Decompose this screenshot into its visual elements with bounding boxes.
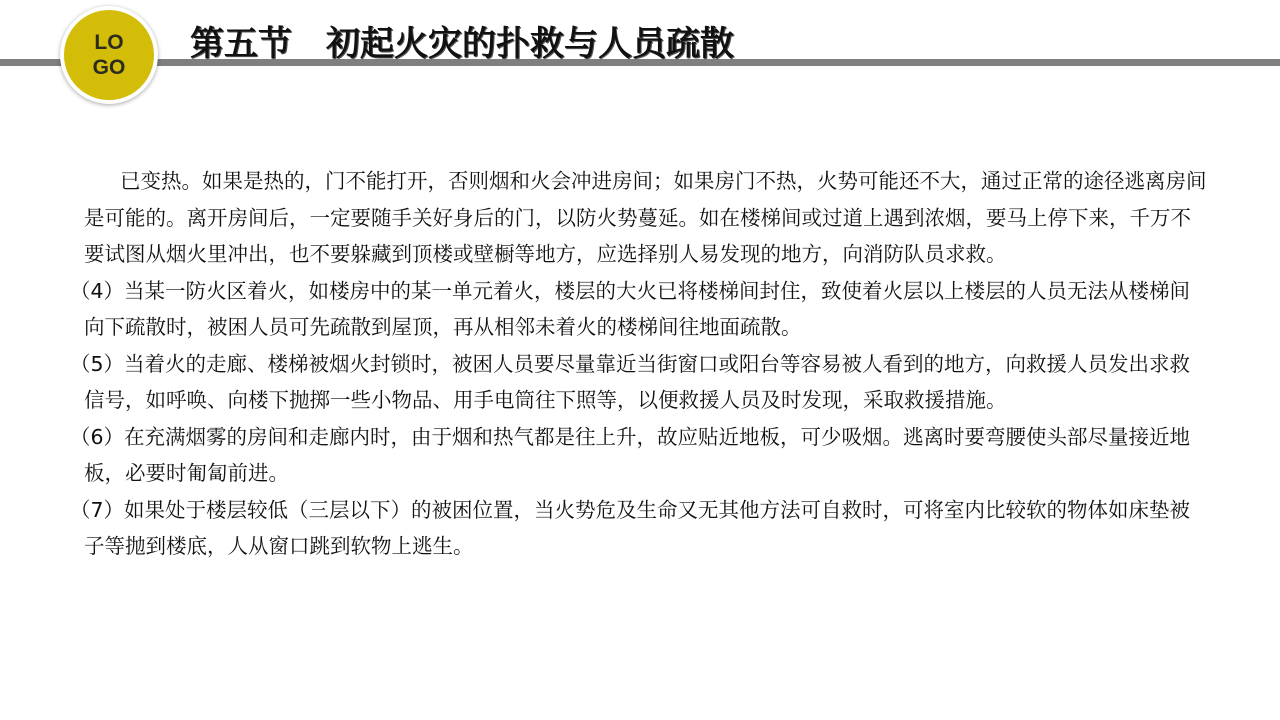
- logo-text-line2: GO: [93, 55, 126, 80]
- paragraph-item-6: （6）在充满烟雾的房间和走廊内时，由于烟和热气都是往上升，故应贴近地板，可少吸烟…: [70, 419, 1210, 492]
- paragraph-continuation: 已变热。如果是热的，门不能打开，否则烟和火会冲进房间；如果房门不热，火势可能还不…: [70, 163, 1210, 273]
- paragraph-item-7: （7）如果处于楼层较低（三层以下）的被困位置，当火势危及生命又无其他方法可自救时…: [70, 492, 1210, 565]
- page-title: 第五节 初起火灾的扑救与人员疏散: [190, 22, 734, 66]
- paragraph-item-4: （4）当某一防火区着火，如楼房中的某一单元着火，楼层的大火已将楼梯间封住，致使着…: [70, 273, 1210, 346]
- paragraph-item-5: （5）当着火的走廊、楼梯被烟火封锁时，被困人员要尽量靠近当街窗口或阳台等容易被人…: [70, 346, 1210, 419]
- logo-badge: LO GO: [60, 6, 158, 104]
- logo-text-line1: LO: [94, 30, 123, 55]
- body-text: 已变热。如果是热的，门不能打开，否则烟和火会冲进房间；如果房门不热，火势可能还不…: [70, 163, 1210, 565]
